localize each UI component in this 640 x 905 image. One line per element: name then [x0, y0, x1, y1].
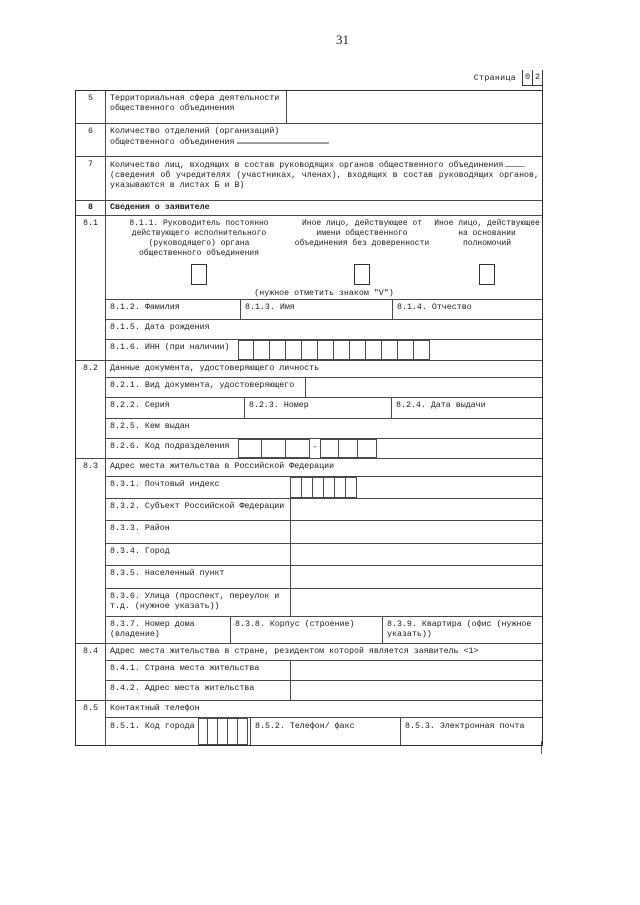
checkbox — [354, 264, 370, 285]
field-label: 8.1.4. Отчество — [393, 300, 542, 319]
field-label: 8.5.2. Телефон/ факс — [251, 718, 401, 745]
table-row: 8.1.5. Дата рождения — [106, 319, 542, 339]
row-number: 7 — [76, 157, 106, 200]
section-title: Контактный телефон — [106, 701, 542, 717]
table-row: 8.2.6. Код подразделения - — [106, 438, 542, 458]
table-row: 8.3.7. Номер дома (владение) 8.3.8. Корп… — [106, 616, 542, 643]
section-8-1: 8.1 8.1.1. Руководитель постоянно действ… — [76, 215, 542, 360]
field-label: 8.3.8. Корпус (строение) — [231, 617, 383, 643]
division-code-grid — [238, 439, 310, 458]
table-row: Адрес места жительства в Российской Феде… — [106, 459, 542, 476]
scanned-form-page: 31 Страница 0 2 5 Территориальная сфера … — [0, 0, 640, 905]
field-value-empty — [287, 91, 542, 123]
table-row: 8.3.2. Субъект Российской Федерации — [106, 498, 542, 520]
field-label: 8.2.1. Вид документа, удостоверяющего — [106, 378, 306, 397]
field-label: 8.3.6. Улица (проспект, переулок и т.д. … — [106, 589, 291, 616]
field-label: 8.2.6. Код подразделения — [106, 439, 238, 458]
field-label: 8.1.5. Дата рождения — [106, 320, 542, 339]
field-label: 8.3.3. Район — [106, 521, 291, 543]
section-8-4: 8.4 Адрес места жительства в стране, рез… — [76, 643, 542, 700]
field-value-empty — [291, 521, 542, 543]
row-number: 8.2 — [76, 361, 106, 458]
row-number: 8.1 — [76, 216, 106, 360]
field-label: 8.5.3. Электронная почта — [401, 718, 542, 745]
table-row: 8.3.1. Почтовый индекс — [106, 476, 542, 498]
inn-input-grid — [238, 340, 430, 360]
table-row: Контактный телефон — [106, 701, 542, 717]
field-label: 8.2.5. Кем выдан — [106, 419, 542, 438]
field-value-empty — [291, 589, 542, 616]
applicant-option-3: Иное лицо, действующее на основании полн… — [432, 219, 542, 285]
city-code-cell: 8.5.1. Код города — [106, 718, 251, 745]
row-number: 8.5 — [76, 701, 106, 745]
division-code-grid — [320, 439, 377, 458]
table-row: 8.1.6. ИНН (при наличии) — [106, 339, 542, 360]
table-row: Данные документа, удостоверяющего личнос… — [106, 361, 542, 377]
field-label: 8.2.3. Номер — [245, 398, 392, 418]
blank-underline — [237, 137, 329, 144]
field-label: Количество отделений (организаций) общес… — [106, 124, 542, 150]
blank-underline — [505, 160, 525, 167]
section-8-5: 8.5 Контактный телефон 8.5.1. Код города… — [76, 700, 542, 745]
checkbox-instruction: (нужное отметить знаком "V") — [106, 289, 542, 299]
field-label: 8.4.2. Адрес места жительства — [106, 681, 291, 700]
field-label: 8.1.6. ИНН (при наличии) — [106, 340, 238, 360]
field-value-empty — [291, 681, 542, 700]
page-counter: Страница 0 2 — [0, 70, 543, 86]
field-label: 8.3.2. Субъект Российской Федерации — [106, 499, 291, 520]
field-value-empty — [291, 544, 542, 565]
table-row: 8.3.6. Улица (проспект, переулок и т.д. … — [106, 588, 542, 616]
page-counter-label: Страница — [474, 74, 516, 86]
page-counter-cells: 0 2 — [522, 70, 543, 86]
field-value-empty — [291, 566, 542, 588]
field-label: Территориальная сфера деятельности общес… — [106, 91, 287, 123]
section-title: Адрес места жительства в стране, резиден… — [106, 644, 542, 660]
row-number: 8 — [76, 201, 106, 215]
applicant-option-2: Иное лицо, действующее от имени обществе… — [292, 219, 432, 285]
field-value-empty — [306, 378, 542, 397]
field-label: 8.3.4. Город — [106, 544, 291, 565]
table-row: 8.1.2. Фамилия 8.1.3. Имя 8.1.4. Отчеств… — [106, 299, 542, 319]
page-number: 31 — [336, 32, 349, 48]
table-row: 6 Количество отделений (организаций) общ… — [76, 123, 542, 156]
postal-code-grid — [291, 477, 357, 498]
field-label: 8.2.4. Дата выдачи — [392, 398, 542, 418]
checkbox — [191, 264, 207, 285]
field-label: 8.3.5. Населенный пункт — [106, 566, 291, 588]
field-value-empty — [357, 477, 542, 498]
table-row: 5 Территориальная сфера деятельности общ… — [76, 91, 542, 123]
applicant-option-1: 8.1.1. Руководитель постоянно действующе… — [106, 219, 292, 285]
city-code-grid — [198, 718, 248, 745]
section-title: Сведения о заявителе — [106, 201, 542, 215]
row-number: 8.3 — [76, 459, 106, 643]
row-number: 6 — [76, 124, 106, 156]
field-label: 8.3.1. Почтовый индекс — [106, 477, 291, 498]
page-digit-cell: 2 — [532, 70, 542, 85]
table-row: 8.5.1. Код города 8.5.2. Телефон/ факс 8… — [106, 717, 542, 745]
table-row: 8.3.4. Город — [106, 543, 542, 565]
table-row: 8.2.1. Вид документа, удостоверяющего — [106, 377, 542, 397]
table-row: Адрес места жительства в стране, резиден… — [106, 644, 542, 660]
section-title: Адрес места жительства в Российской Феде… — [106, 459, 542, 476]
field-label: 8.1.2. Фамилия — [106, 300, 241, 319]
page-digit-cell: 0 — [522, 70, 532, 85]
field-label: 8.3.9. Квартира (офис (нужное указать)) — [383, 617, 542, 643]
field-label: Количество лиц, входящих в состав руково… — [106, 157, 542, 193]
table-row: 8.4.2. Адрес места жительства — [106, 680, 542, 700]
field-value-empty — [291, 661, 542, 680]
field-value-empty — [291, 499, 542, 520]
table-row: 8 Сведения о заявителе — [76, 200, 542, 215]
application-form-table: 5 Территориальная сфера деятельности общ… — [75, 90, 543, 746]
checkbox — [479, 264, 495, 285]
field-label: 8.3.7. Номер дома (владение) — [106, 617, 231, 643]
field-label: 8.4.1. Страна места жительства — [106, 661, 291, 680]
section-title: Данные документа, удостоверяющего личнос… — [106, 361, 542, 377]
table-row: 8.2.2. Серия 8.2.3. Номер 8.2.4. Дата вы… — [106, 397, 542, 418]
field-label: 8.2.2. Серия — [106, 398, 245, 418]
table-row: 8.3.3. Район — [106, 520, 542, 543]
applicant-type-row: 8.1.1. Руководитель постоянно действующе… — [106, 216, 542, 299]
table-row: 8.3.5. Населенный пункт — [106, 565, 542, 588]
table-row: 7 Количество лиц, входящих в состав руко… — [76, 156, 542, 200]
row-number: 8.4 — [76, 644, 106, 700]
field-label: 8.1.3. Имя — [241, 300, 393, 319]
row-number: 5 — [76, 91, 106, 123]
section-8-3: 8.3 Адрес места жительства в Российской … — [76, 458, 542, 643]
section-8-2: 8.2 Данные документа, удостоверяющего ли… — [76, 360, 542, 458]
code-dash: - — [310, 439, 320, 458]
table-row: 8.2.5. Кем выдан — [106, 418, 542, 438]
field-value-empty — [430, 340, 542, 360]
field-value-empty — [377, 439, 542, 458]
field-label: 8.5.1. Код города — [106, 718, 198, 745]
table-row: 8.4.1. Страна места жительства — [106, 660, 542, 680]
